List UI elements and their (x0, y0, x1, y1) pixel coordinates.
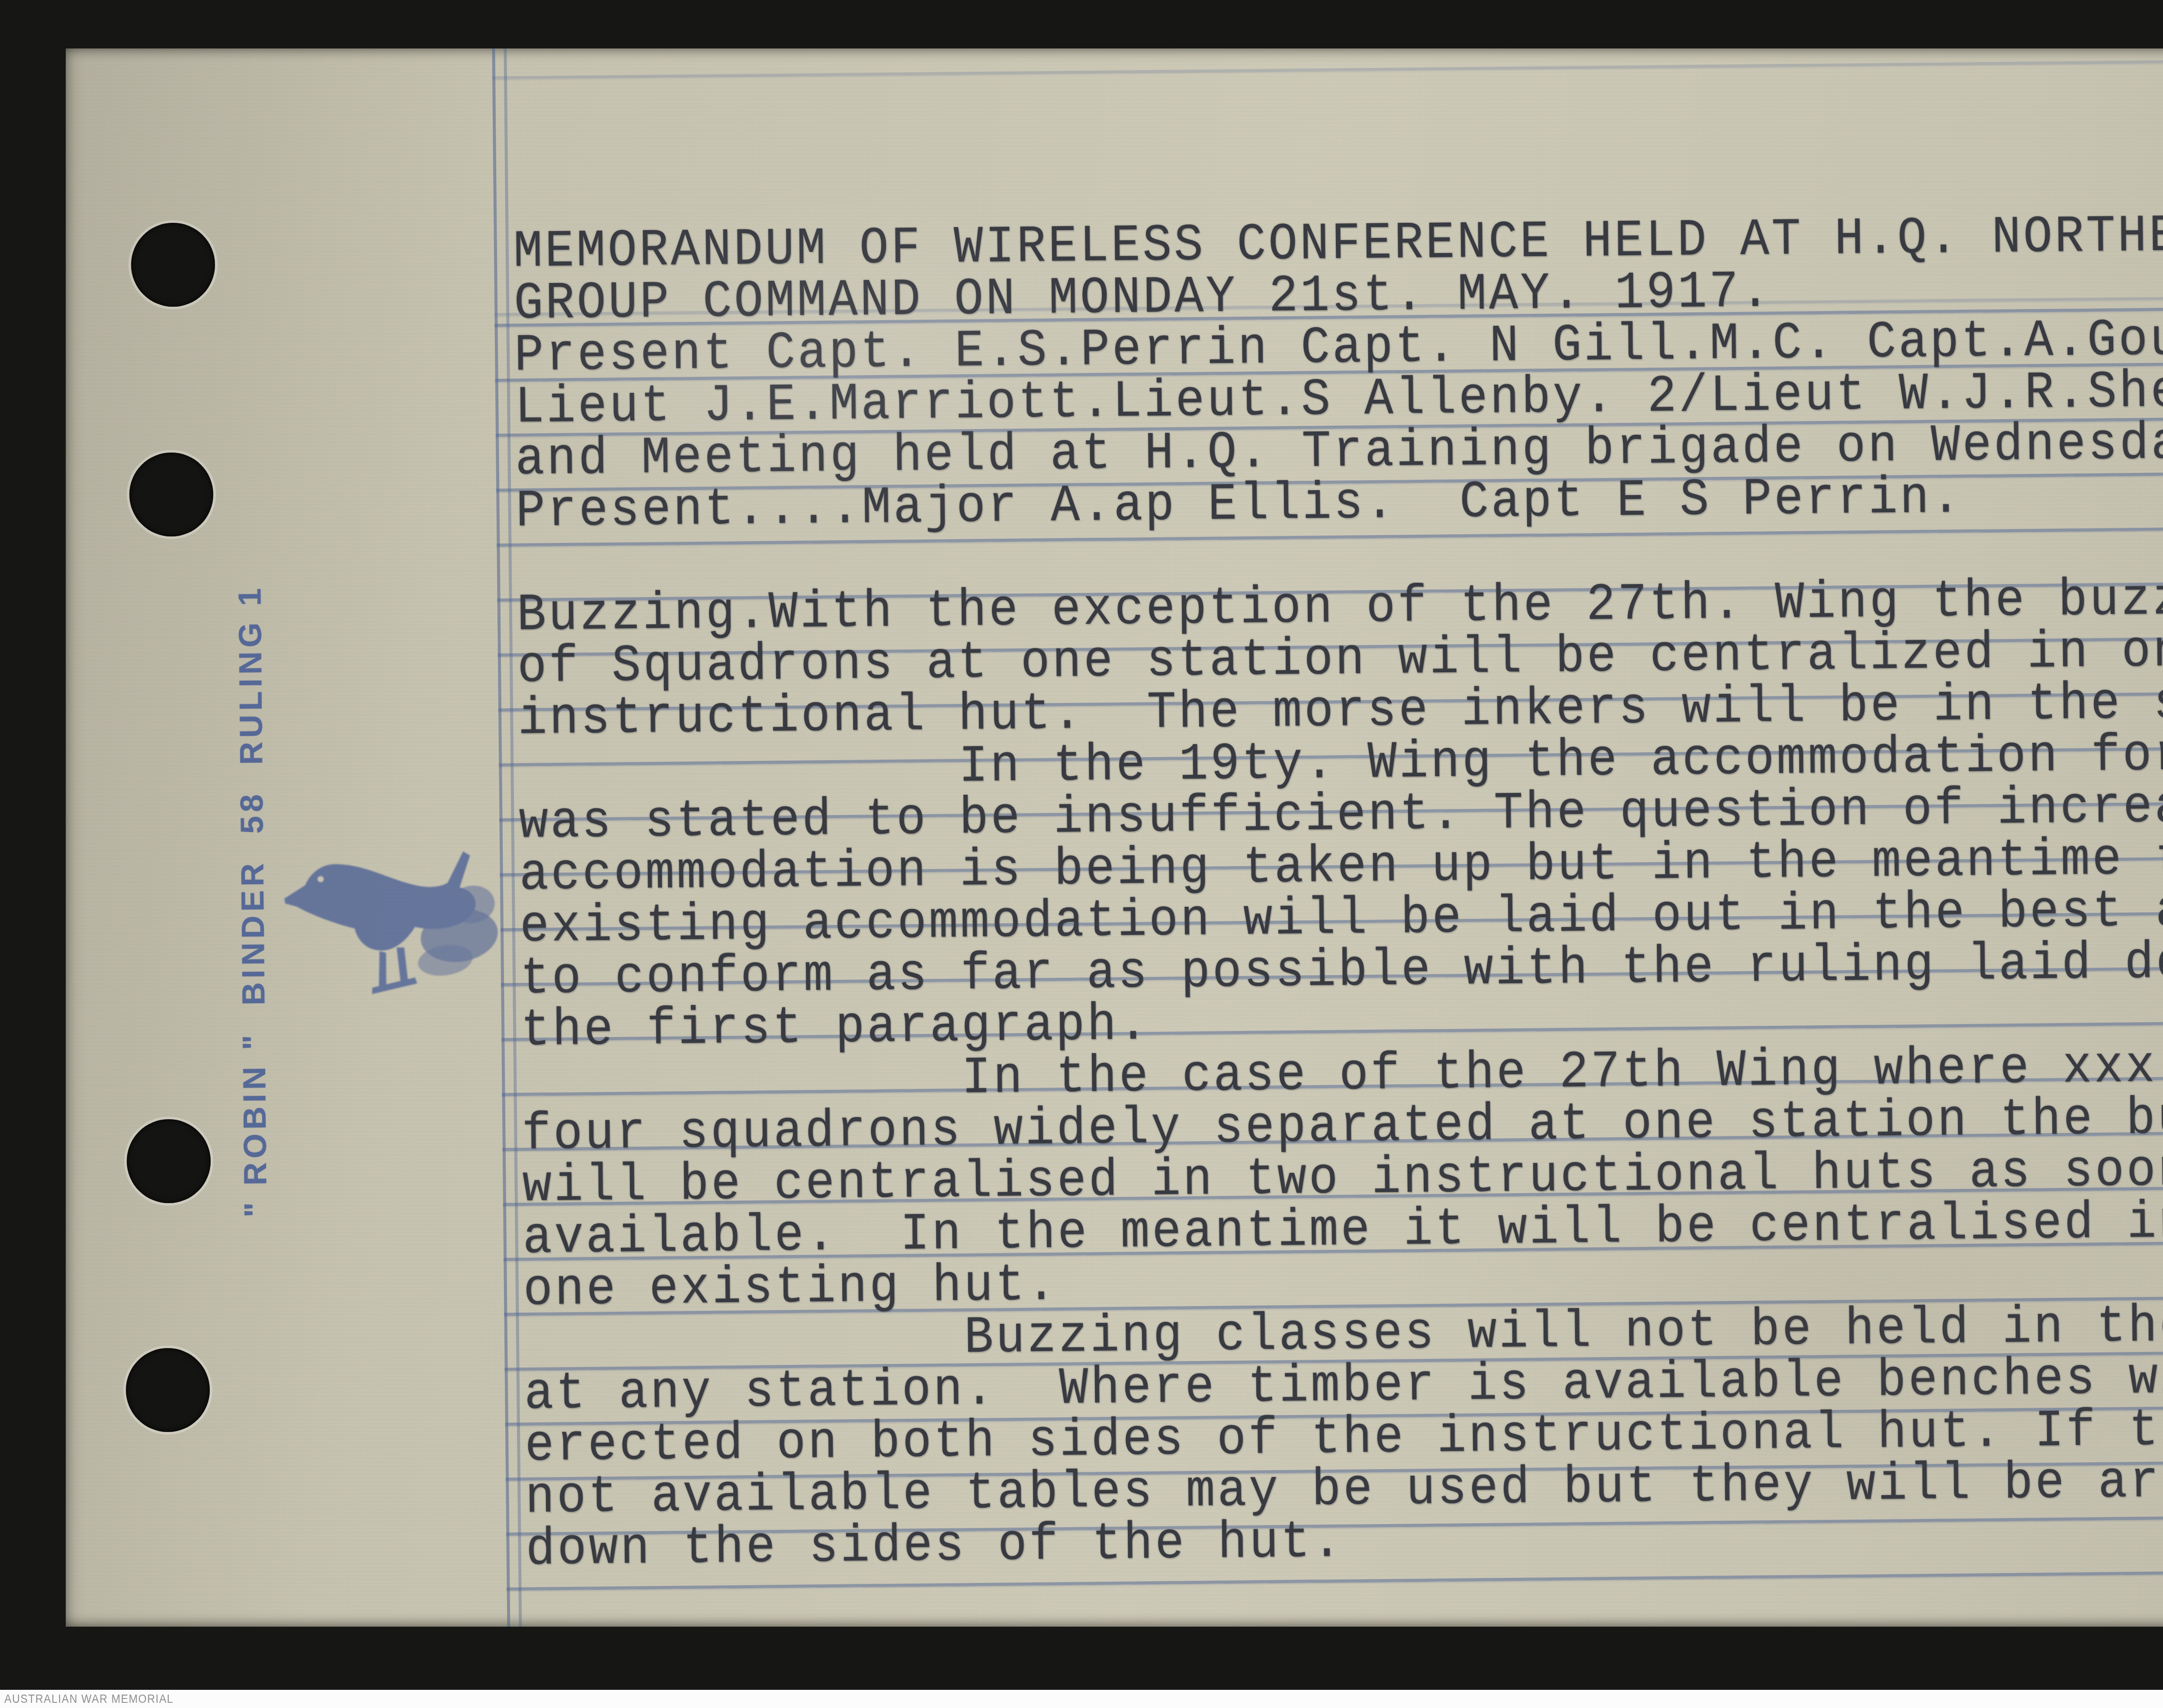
memorandum-paper-sheet: " ROBIN " BINDER 58 RULING 1 MEMORANDUM … (66, 48, 2163, 1627)
scanned-document-page: { "document": { "kind": "typewritten-mem… (0, 0, 2163, 1708)
punch-hole-2 (129, 453, 213, 536)
typed-text-layer: MEMORANDUM OF WIRELESS CONFERENCE HELD A… (66, 48, 2163, 1627)
archive-institution-label: AUSTRALIAN WAR MEMORIAL (4, 1692, 173, 1706)
typed-lines: MEMORANDUM OF WIRELESS CONFERENCE HELD A… (513, 207, 2163, 1578)
archive-footer-bar: AUSTRALIAN WAR MEMORIAL AWM2019.22.242 (0, 1690, 2163, 1708)
punch-hole-1 (131, 223, 215, 307)
punch-hole-3 (127, 1119, 211, 1203)
punch-hole-4 (126, 1348, 210, 1432)
